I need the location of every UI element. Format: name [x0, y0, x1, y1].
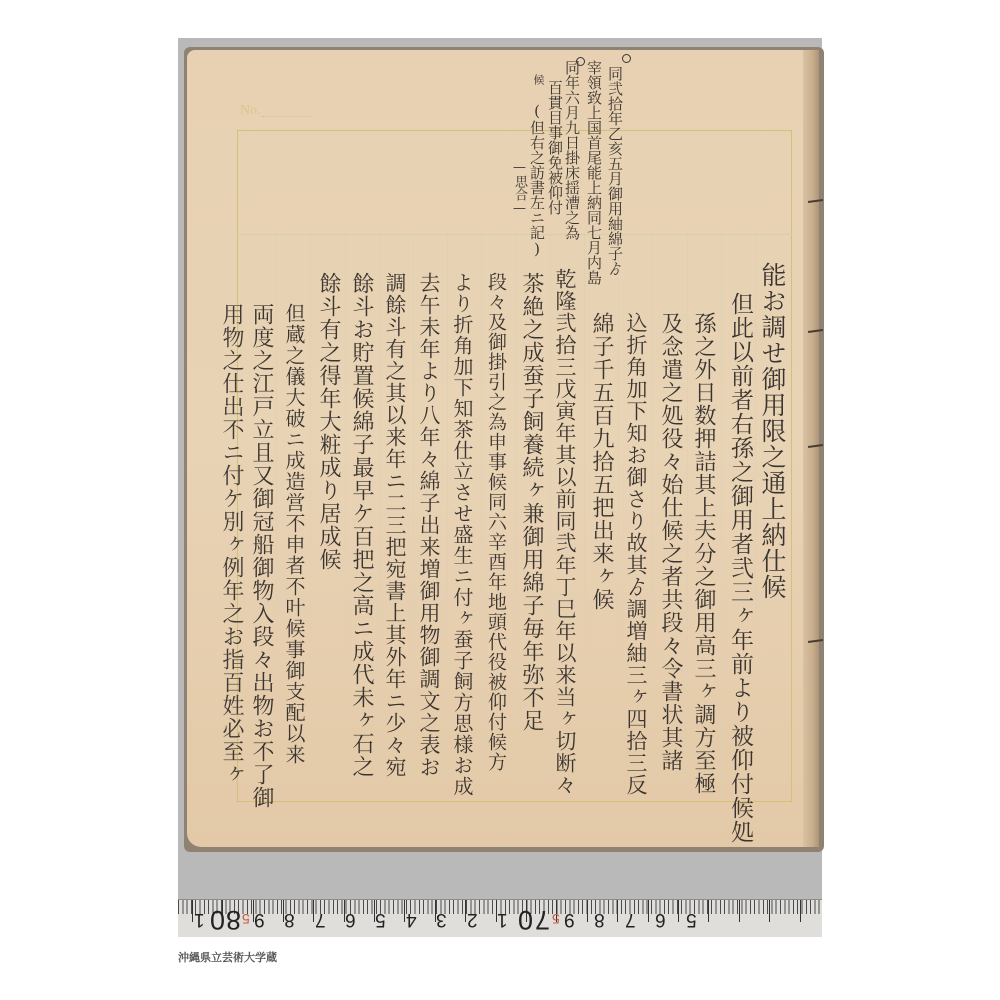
ruler-label: 9 [564, 908, 575, 930]
ruler-label: 6 [345, 908, 356, 930]
rule-line [550, 235, 551, 800]
text-column: より折角加下知茶仕立させ盛生ニ付ヶ蚕子飼方思様お成 [452, 272, 472, 797]
ruler-label: 7 [315, 908, 326, 930]
header-note: 宰領致上国首尾能上納同七月内島 [586, 60, 601, 285]
text-column: 用物之仕出不ニ付ケ別ヶ例年之お指百姓必至ヶ [220, 303, 242, 786]
text-column: 調餘斗有之其以来年ニ二三把宛書上其外年ニ少々宛 [384, 272, 405, 778]
text-column: 孫之外日数押詰其上夫分之御用高三ヶ調方至極 [692, 312, 714, 795]
rule-line [413, 235, 414, 800]
rule-line [481, 235, 482, 800]
text-column: 去午未年より八年々綿子出来増御用物御調文之表お [418, 272, 439, 778]
rule-line [584, 235, 585, 800]
rule-line [721, 235, 722, 800]
ruler-label: 2 [467, 908, 478, 930]
ruler-label: 5 [375, 908, 386, 930]
text-column: 但此以前者右孫之御用者弐三ヶ年前より被仰付候処 [728, 292, 751, 844]
text-column: 及念遣之処役々始仕候之者共段々令書状其諸 [659, 312, 681, 772]
rule-line [652, 235, 653, 800]
rule-line [687, 235, 688, 800]
measuring-ruler: 1 0 8 5 9 8 7 6 5 4 3 2 1 0 7 5 9 8 7 6 … [178, 899, 822, 937]
text-column: 但蔵之儀大破ニ成造営不申者不叶候事御支配以来 [284, 303, 304, 765]
ruler-label: 1 [497, 908, 508, 930]
ruler-label: 3 [436, 908, 447, 930]
ruler-label: 6 [655, 908, 666, 930]
page-fore-edge [803, 50, 819, 847]
rule-line [618, 235, 619, 800]
rule-line [447, 235, 448, 800]
text-column: 能お調せ御用限之通上納仕候 [760, 262, 785, 600]
ruler-label: 8 [284, 908, 295, 930]
header-note: —思合— [513, 160, 526, 216]
rule-line [310, 235, 311, 800]
text-column: 込折角加下知お御さり故其ゟ調増紬三ヶ四拾三反 [625, 312, 646, 796]
collection-credit: 沖縄県立芸術大学蔵 [178, 949, 277, 965]
header-note: 候 [533, 74, 544, 85]
text-column: 乾隆弐拾三戊寅年其以前同弐年丁巳年以来当ヶ切断々 [554, 268, 575, 796]
rule-line [516, 235, 517, 800]
header-note: 同弐拾年乙亥五月御用紬綿子ゟ [607, 66, 622, 276]
text-column: 両度之江戸立且又御冠船御物入段々出物お不了御 [250, 303, 272, 809]
ruler-label: 0 [210, 904, 225, 935]
circle-mark-icon [622, 54, 631, 63]
header-divider [237, 234, 792, 235]
ruler-label: 8 [226, 904, 241, 935]
rule-line [755, 235, 756, 800]
text-column: 茶絶之成蚕子飼養続ヶ兼御用綿子毎年弥不足 [520, 272, 542, 732]
ruler-label: 9 [254, 908, 265, 930]
ruler-label: 4 [406, 908, 417, 930]
header-note: 同年六月九日掛床揺漕之為 [564, 60, 579, 240]
ruler-label-red: 5 [242, 911, 250, 927]
text-column: 綿子千五百九拾五把出来ヶ候 [590, 312, 612, 611]
rule-line [276, 235, 277, 800]
ruler-label: 5 [686, 908, 697, 930]
rule-line [379, 235, 380, 800]
page-number-label: No. [240, 103, 261, 119]
ruler-label: 7 [625, 908, 636, 930]
header-note: 百貫目事御免被仰付 [547, 80, 562, 215]
text-column: 餘斗お貯置候綿子最早ケ百把之高ニ成代未ヶ石之 [350, 272, 372, 778]
ruler-label: 0 [518, 904, 533, 935]
ruler-label: 7 [535, 904, 550, 935]
ruler-label-red: 5 [552, 911, 560, 927]
page-number-blank [262, 116, 312, 117]
ruler-label: 1 [194, 908, 205, 930]
text-column: 段々及御掛引之為申事候同六辛酉年地頭代役被仰付候方 [486, 272, 505, 772]
ruler-label: 8 [594, 908, 605, 930]
text-column: 餘斗有之得年大粧成り居成候 [317, 272, 339, 571]
header-note: (但右之訪書左ニ記) [529, 102, 544, 258]
rule-line [345, 235, 346, 800]
